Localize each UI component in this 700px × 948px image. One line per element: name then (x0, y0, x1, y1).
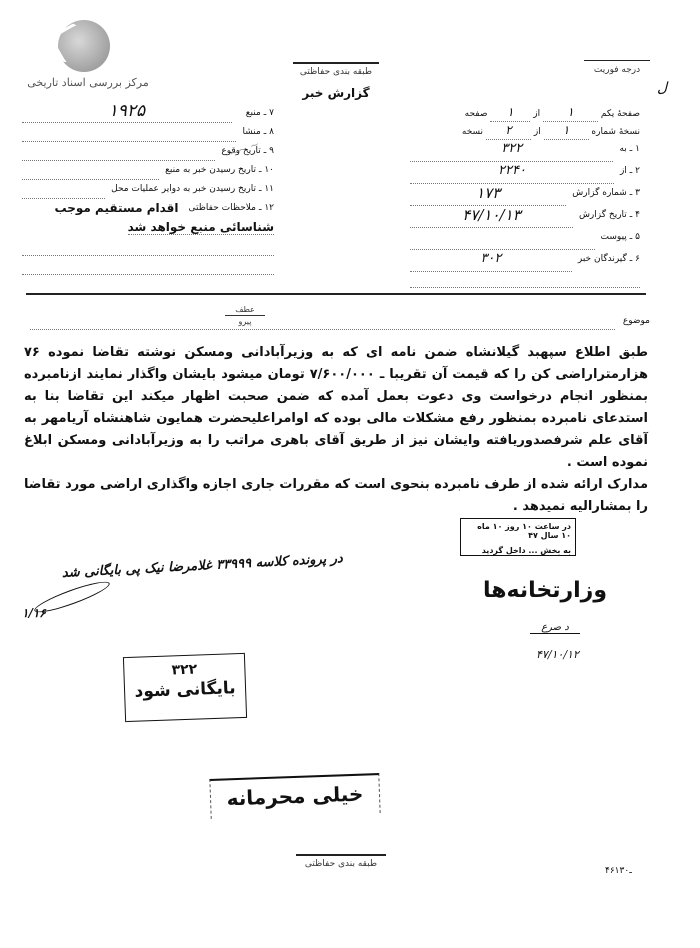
left-fields: ۷ ـ منبع ۱۹۲۵ ۸ ـ منشا ۹ ـ تاریخ وقوع ۱۰… (22, 104, 274, 275)
form-code: ۴۶ـ۱۳۰ (605, 866, 632, 876)
ministry-stamp-date: ۴۷/۱۰/۱۲ (536, 648, 579, 661)
field-source: ۷ ـ منبع ۱۹۲۵ (22, 104, 274, 123)
field-attachment: ۵ ـ پیوست (410, 228, 640, 250)
field-security-notes: ۱۲ ـ ملاحظات حفاظتی اقدام مستقیم موجب (22, 199, 274, 218)
receipt-stamp: در ساعت ۱۰ روز ۱۰ ماه ۱۰ سال ۴۷ به بخش .… (460, 518, 576, 556)
field-report-date: ۴ ـ تاریخ گزارش ۴۷/۱۰/۱۳ (410, 206, 640, 228)
page-line: صفحهٔ یکم ۱ از ۱ صفحه (410, 103, 640, 121)
field-to: ۱ ـ به ۳۲۲ (410, 140, 640, 162)
document-title: گزارش خبر (288, 86, 384, 100)
body-paragraph: مدارک ارائه شده از طرف نامبرده بنحوی است… (24, 474, 648, 518)
ministry-stamp-sub: د صرع (530, 622, 580, 634)
field-receipt-by-ops: ۱۱ ـ تاریخ رسیدن خبر به دوایر عملیات محل (22, 180, 274, 199)
archive-stamp: ۳۲۲ بایگانی شود (123, 653, 247, 722)
archive-logo: مرکز بررسی اسناد تاریخی (18, 20, 148, 90)
confidential-stamp: خیلی محرمانه (209, 773, 380, 819)
subject-line: موضوع (30, 312, 650, 330)
field-origin: ۸ ـ منشا (22, 123, 274, 142)
field-from: ۲ ـ از ۲۲۴۰ (410, 162, 640, 184)
body-paragraph: طبق اطلاع سپهبد گیلانشاه ضمن نامه ای که … (24, 342, 648, 474)
priority-mark: ل (657, 80, 667, 96)
classification-top: طبقه بندی حفاظتی (293, 62, 379, 77)
priority-block: درجه فوریت (584, 60, 650, 75)
ministry-stamp-title: وزارتخانه‌ها (470, 578, 620, 603)
classification-bottom: طبقه بندی حفاظتی (296, 854, 386, 869)
right-fields: ۱ ـ به ۳۲۲ ۲ ـ از ۲۲۴۰ ۳ ـ شماره گزارش ۱… (410, 140, 640, 288)
field-security-notes-cont: شناسائی منبع خواهد شد (22, 218, 274, 237)
field-recipients: ۶ ـ گیرندگان خبر ۳۰۲ (410, 250, 640, 272)
field-report-number: ۳ ـ شماره گزارش ۱۷۳ (410, 184, 640, 206)
report-body: طبق اطلاع سپهبد گیلانشاه ضمن نامه ای که … (24, 342, 648, 518)
signature-scribble (32, 577, 112, 618)
section-divider (26, 293, 646, 295)
logo-org-name: مرکز بررسی اسناد تاریخی (18, 76, 158, 89)
handwritten-filing-note: در پرونده کلاسه ۳۳۹۹۹ غلامرضا نیک پی بای… (8, 551, 343, 584)
copy-line: نسخهٔ شماره ۱ از ۲ نسخه (410, 121, 640, 139)
